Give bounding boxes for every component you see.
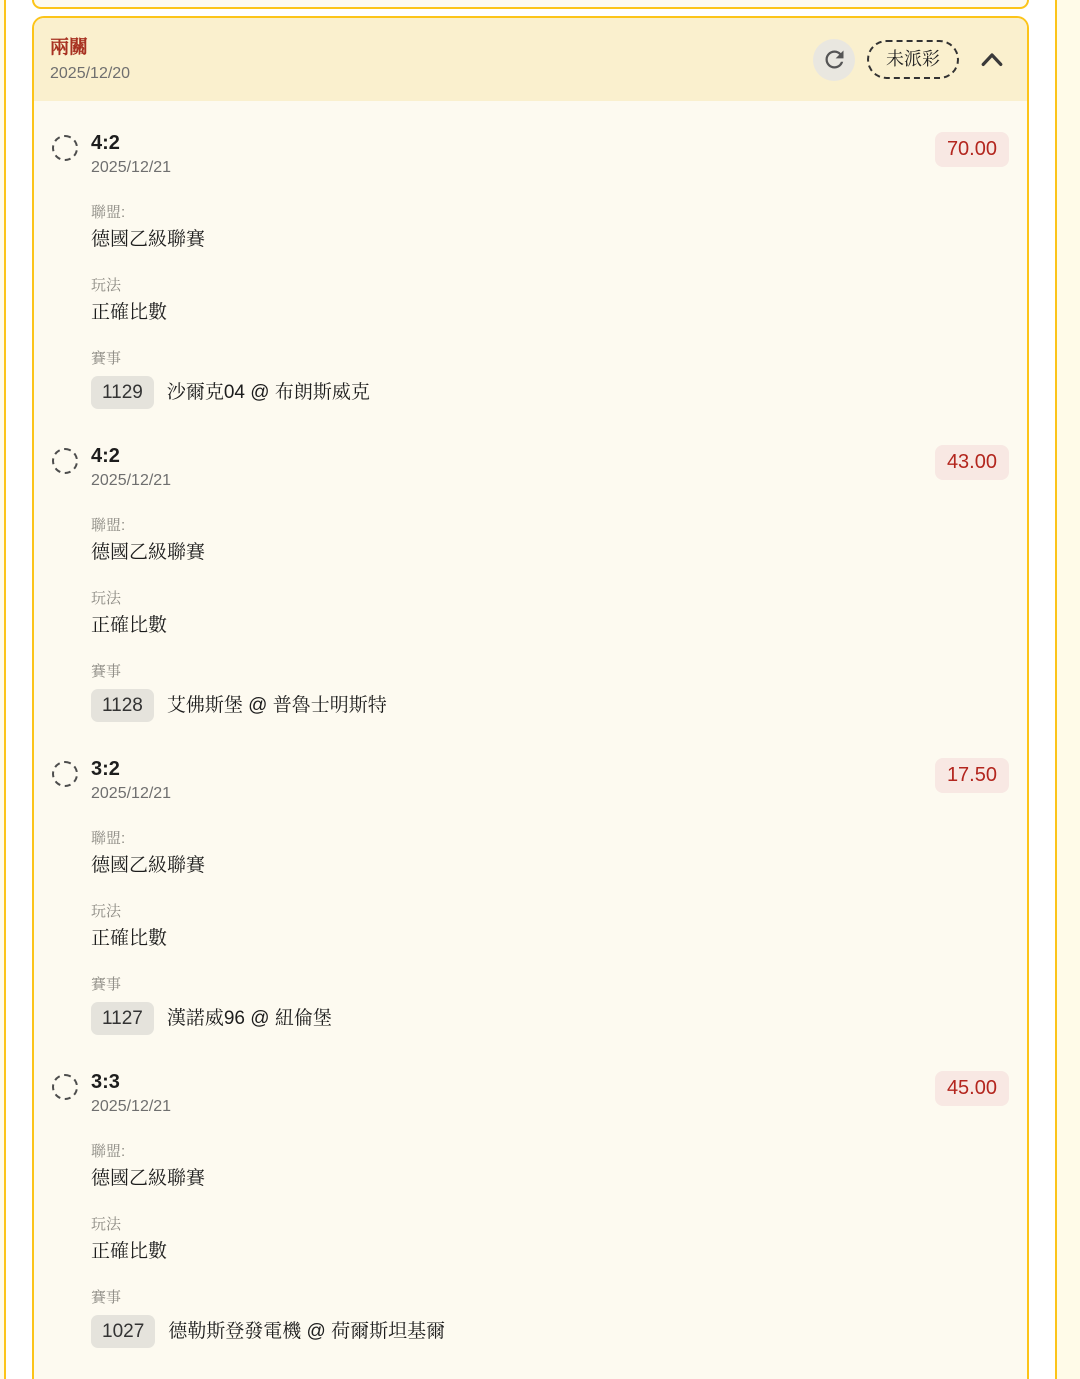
selection-circle[interactable] — [52, 448, 78, 474]
score: 3:3 — [91, 1071, 171, 1094]
entry-fields: 聯盟: 德國乙級聯賽 玩法 正確比數 賽事 1027 德勒斯登發電機 @ 荷爾斯… — [91, 1143, 1009, 1348]
score-block: 4:2 2025/12/21 — [91, 445, 171, 491]
score: 3:2 — [91, 758, 171, 781]
chevron-up-icon — [977, 45, 1007, 75]
score: 4:2 — [91, 445, 171, 468]
event-label: 賽事 — [91, 663, 1009, 681]
bet-entry: 4:2 2025/12/21 43.00 聯盟: 德國乙級聯賽 玩法 正確比數 … — [52, 445, 1009, 722]
play-label: 玩法 — [91, 277, 1009, 295]
entry-head: 4:2 2025/12/21 70.00 — [52, 132, 1009, 178]
score-block: 3:2 2025/12/21 — [91, 758, 171, 804]
league-value: 德國乙級聯賽 — [91, 1167, 1009, 1190]
match-name: 漢諾威96 @ 紐倫堡 — [167, 1007, 332, 1030]
league-value: 德國乙級聯賽 — [91, 854, 1009, 877]
league-label: 聯盟: — [91, 1143, 1009, 1161]
odds-badge: 17.50 — [935, 758, 1009, 793]
entry-fields: 聯盟: 德國乙級聯賽 玩法 正確比數 賽事 1128 艾佛斯堡 @ 普魯士明斯特 — [91, 517, 1009, 722]
league-label: 聯盟: — [91, 204, 1009, 222]
odds-badge: 45.00 — [935, 1071, 1009, 1106]
refresh-icon — [821, 46, 848, 73]
event-label: 賽事 — [91, 350, 1009, 368]
event-number-badge: 1129 — [91, 376, 154, 409]
selection-circle[interactable] — [52, 1074, 78, 1100]
event-number-badge: 1027 — [91, 1315, 155, 1348]
card-title: 兩關 — [50, 37, 130, 59]
selection-circle[interactable] — [52, 135, 78, 161]
event-label: 賽事 — [91, 1289, 1009, 1307]
match-row: 1128 艾佛斯堡 @ 普魯士明斯特 — [91, 689, 1009, 722]
status-badge: 未派彩 — [867, 40, 959, 79]
league-label: 聯盟: — [91, 517, 1009, 535]
league-value: 德國乙級聯賽 — [91, 228, 1009, 251]
match-row: 1127 漢諾威96 @ 紐倫堡 — [91, 1002, 1009, 1035]
odds-badge: 70.00 — [935, 132, 1009, 167]
play-value: 正確比數 — [91, 301, 1009, 324]
card-date: 2025/12/20 — [50, 64, 130, 83]
entry-date: 2025/12/21 — [91, 471, 171, 491]
score-block: 3:3 2025/12/21 — [91, 1071, 171, 1117]
card-header: 兩關 2025/12/20 未派彩 — [34, 18, 1027, 101]
entry-fields: 聯盟: 德國乙級聯賽 玩法 正確比數 賽事 1129 沙爾克04 @ 布朗斯威克 — [91, 204, 1009, 409]
entry-date: 2025/12/21 — [91, 1097, 171, 1117]
bet-entry: 3:3 2025/12/21 45.00 聯盟: 德國乙級聯賽 玩法 正確比數 … — [52, 1071, 1009, 1348]
previous-card-bottom-edge — [32, 0, 1029, 9]
play-value: 正確比數 — [91, 1240, 1009, 1263]
entry-fields: 聯盟: 德國乙級聯賽 玩法 正確比數 賽事 1127 漢諾威96 @ 紐倫堡 — [91, 830, 1009, 1035]
match-name: 德勒斯登發電機 @ 荷爾斯坦基爾 — [168, 1320, 445, 1343]
refresh-button[interactable] — [813, 39, 855, 81]
league-label: 聯盟: — [91, 830, 1009, 848]
league-value: 德國乙級聯賽 — [91, 541, 1009, 564]
entry-head: 3:3 2025/12/21 45.00 — [52, 1071, 1009, 1117]
score: 4:2 — [91, 132, 171, 155]
page-container: 兩關 2025/12/20 未派彩 — [4, 0, 1057, 1379]
parlay-card: 兩關 2025/12/20 未派彩 — [32, 16, 1029, 1379]
selection-circle[interactable] — [52, 761, 78, 787]
event-number-badge: 1127 — [91, 1002, 154, 1035]
match-name: 艾佛斯堡 @ 普魯士明斯特 — [167, 694, 387, 717]
entry-date: 2025/12/21 — [91, 784, 171, 804]
play-value: 正確比數 — [91, 614, 1009, 637]
entry-head: 3:2 2025/12/21 17.50 — [52, 758, 1009, 804]
collapse-button[interactable] — [975, 43, 1009, 77]
score-block: 4:2 2025/12/21 — [91, 132, 171, 178]
play-label: 玩法 — [91, 1216, 1009, 1234]
event-label: 賽事 — [91, 976, 1009, 994]
entry-head: 4:2 2025/12/21 43.00 — [52, 445, 1009, 491]
odds-badge: 43.00 — [935, 445, 1009, 480]
bet-entry: 4:2 2025/12/21 70.00 聯盟: 德國乙級聯賽 玩法 正確比數 … — [52, 132, 1009, 409]
play-label: 玩法 — [91, 590, 1009, 608]
match-row: 1129 沙爾克04 @ 布朗斯威克 — [91, 376, 1009, 409]
play-label: 玩法 — [91, 903, 1009, 921]
event-number-badge: 1128 — [91, 689, 154, 722]
entry-date: 2025/12/21 — [91, 158, 171, 178]
play-value: 正確比數 — [91, 927, 1009, 950]
card-title-block: 兩關 2025/12/20 — [50, 37, 130, 83]
header-controls: 未派彩 — [813, 39, 1009, 81]
match-row: 1027 德勒斯登發電機 @ 荷爾斯坦基爾 — [91, 1315, 1009, 1348]
card-body: 4:2 2025/12/21 70.00 聯盟: 德國乙級聯賽 玩法 正確比數 … — [34, 101, 1027, 1348]
bet-entry: 3:2 2025/12/21 17.50 聯盟: 德國乙級聯賽 玩法 正確比數 … — [52, 758, 1009, 1035]
match-name: 沙爾克04 @ 布朗斯威克 — [167, 381, 370, 404]
